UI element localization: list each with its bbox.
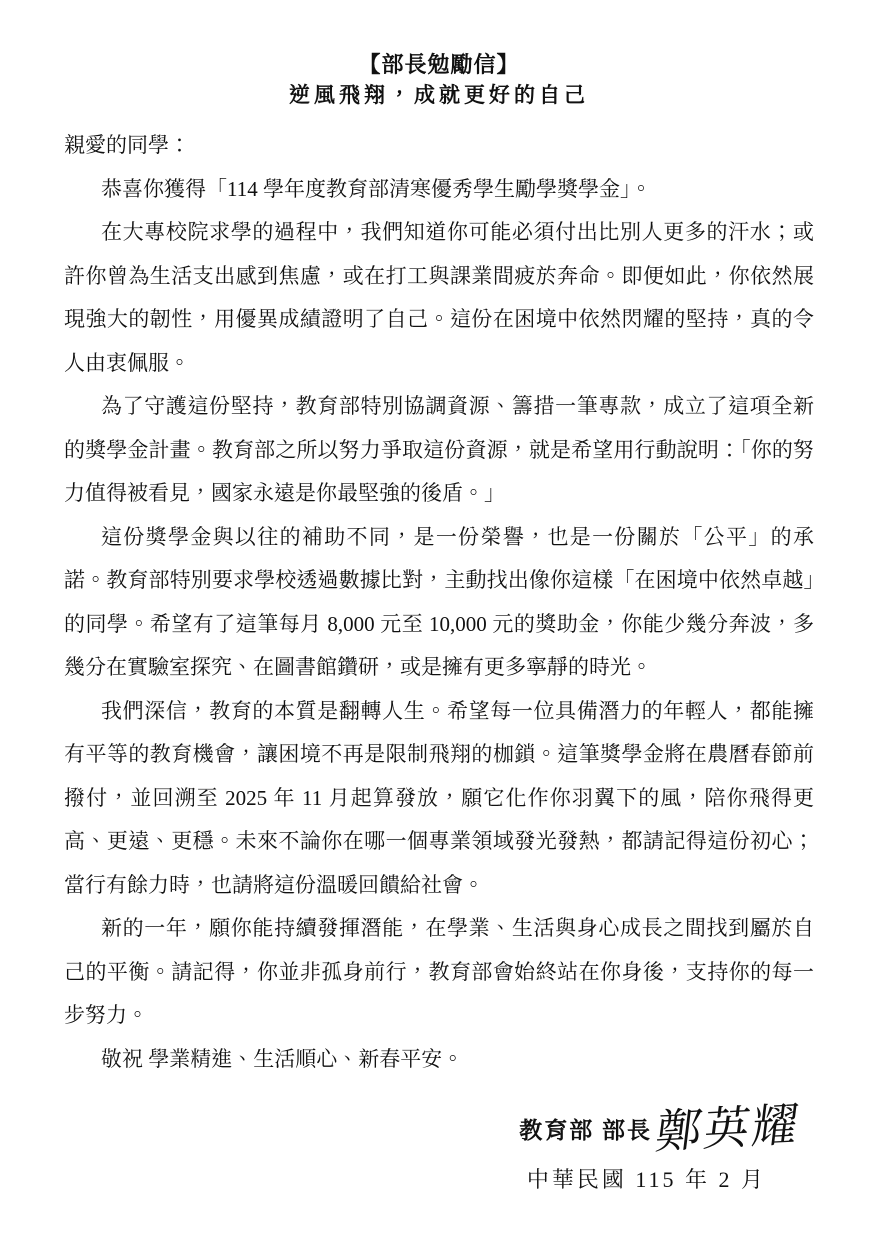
letter-body: 親愛的同學： 恭喜你獲得「114 學年度教育部清寒優秀學生勵學獎學金」。 在大專…	[64, 124, 814, 1081]
paragraph-scholarship-founding: 為了守護這份堅持，教育部特別協調資源、籌措一筆專款，成立了這項全新的獎學金計畫。…	[64, 385, 814, 516]
paragraph-education-belief: 我們深信，教育的本質是翻轉人生。希望每一位具備潛力的年輕人，都能擁有平等的教育機…	[64, 690, 814, 908]
salutation: 親愛的同學：	[64, 124, 814, 168]
letter-page: 【部長勉勵信】 逆風飛翔，成就更好的自己 親愛的同學： 恭喜你獲得「114 學年…	[0, 0, 878, 1258]
signature-office-label: 教育部 部長	[519, 1112, 652, 1145]
minister-handwritten-signature: 鄭英耀	[652, 1088, 804, 1162]
paragraph-perseverance: 在大專校院求學的過程中，我們知道你可能必須付出比別人更多的汗水；或許你曾為生活支…	[64, 211, 814, 385]
signature-date: 中華民國 115 年 2 月	[64, 1163, 814, 1194]
paragraph-congratulations: 恭喜你獲得「114 學年度教育部清寒優秀學生勵學獎學金」。	[64, 168, 814, 212]
closing-wishes: 敬祝 學業精進、生活順心、新春平安。	[64, 1038, 814, 1082]
letter-title: 【部長勉勵信】	[64, 50, 814, 80]
paragraph-fairness-amount: 這份獎學金與以往的補助不同，是一份榮譽，也是一份關於「公平」的承諾。教育部特別要…	[64, 516, 814, 690]
letter-header: 【部長勉勵信】 逆風飛翔，成就更好的自己	[64, 50, 814, 110]
signature-block: 教育部 部長 鄭英耀	[64, 1097, 800, 1159]
paragraph-new-year: 新的一年，願你能持續發揮潛能，在學業、生活與身心成長之間找到屬於自己的平衡。請記…	[64, 907, 814, 1038]
letter-subtitle: 逆風飛翔，成就更好的自己	[64, 80, 814, 110]
